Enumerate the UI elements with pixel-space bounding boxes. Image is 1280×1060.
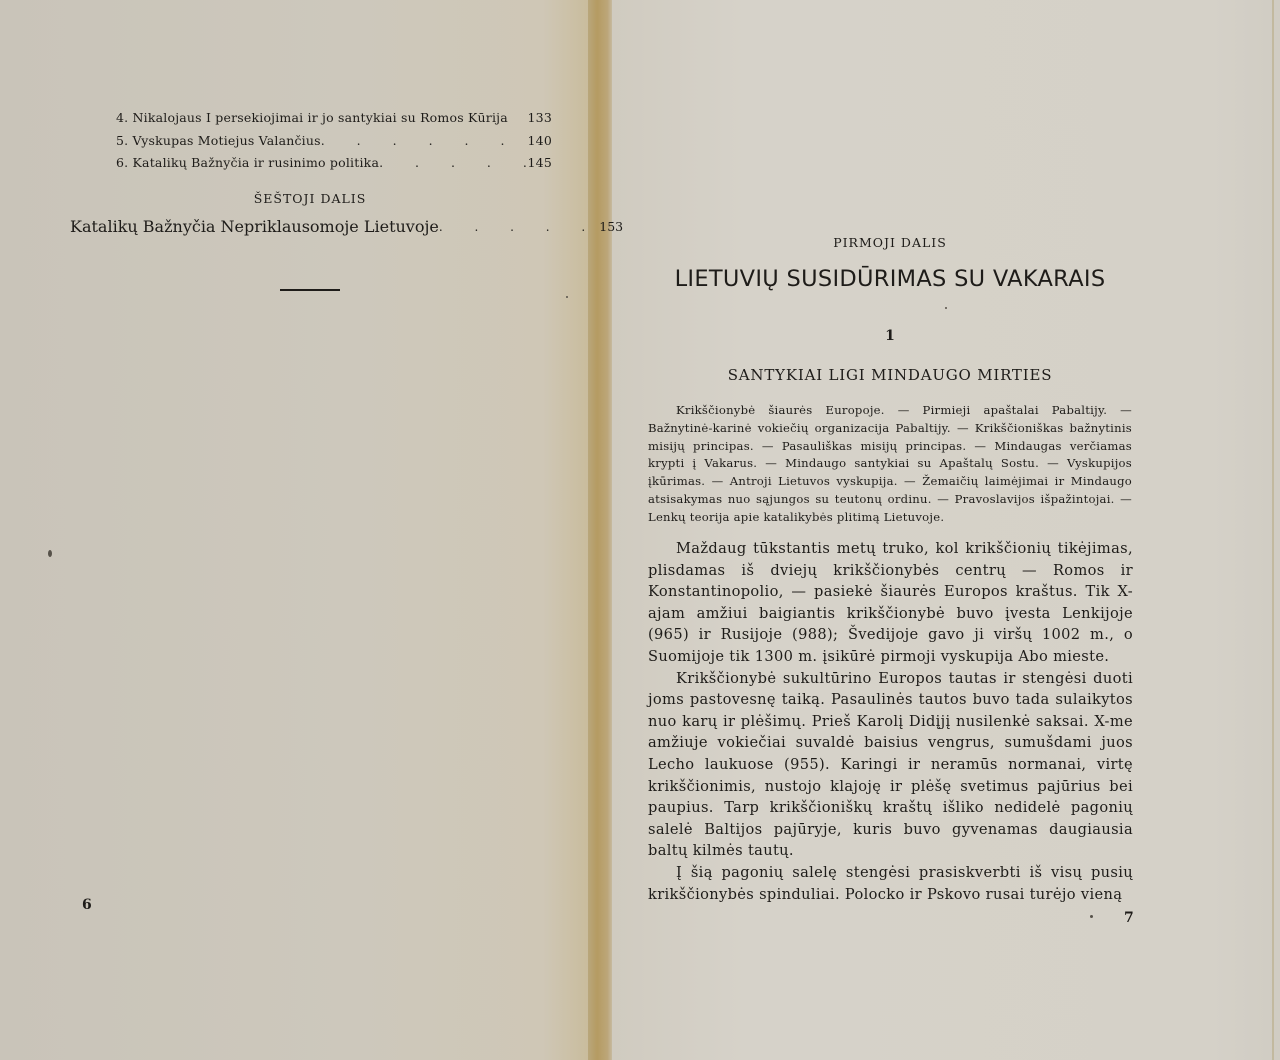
toc-entry-number: 6. bbox=[116, 155, 128, 170]
toc-leaders bbox=[508, 110, 528, 125]
chapter-summary: Krikščionybė šiaurės Europoje. — Pirmiej… bbox=[648, 402, 1132, 527]
chapter-title: SANTYKIAI LIGI MINDAUGO MIRTIES bbox=[640, 366, 1140, 384]
toc-part-heading: ŠEŠTOJI DALIS bbox=[60, 191, 560, 206]
chapter-number: 1 bbox=[640, 328, 1140, 344]
paragraph: Krikščionybė sukultūrino Europos tautas … bbox=[648, 668, 1133, 862]
part-title: LIETUVIŲ SUSIDŪRIMAS SU VAKARAIS bbox=[640, 266, 1140, 292]
toc-entry-title: Nikalojaus I persekiojimai ir jo santyki… bbox=[133, 110, 508, 125]
paragraph: Maždaug tūkstantis metų truko, kol krikš… bbox=[648, 538, 1133, 668]
paragraph: Į šią pagonių salelę stengėsi prasiskver… bbox=[648, 862, 1133, 905]
right-page-number: 7 bbox=[1124, 910, 1134, 926]
page-edge bbox=[1272, 0, 1274, 1060]
toc-part-entry: Katalikų Bažnyčia Nepriklausomoje Lietuv… bbox=[70, 217, 552, 236]
section-end-rule bbox=[280, 289, 340, 291]
toc-page-number: 145 bbox=[528, 155, 552, 170]
body-text: Maždaug tūkstantis metų truko, kol krikš… bbox=[648, 538, 1133, 905]
paper-speck bbox=[566, 296, 568, 298]
toc-leaders: . . . . . bbox=[439, 217, 599, 236]
toc-page-number: 133 bbox=[528, 110, 552, 125]
part-label: PIRMOJI DALIS bbox=[640, 235, 1140, 250]
toc-entry-number: 5. bbox=[116, 133, 128, 148]
toc-part-entry-title: Katalikų Bažnyčia Nepriklausomoje Lietuv… bbox=[70, 217, 439, 236]
toc-entry: 5. Vyskupas Motiejus Valančius . . . . .… bbox=[116, 133, 552, 148]
toc-leaders: . . . . . . bbox=[379, 155, 527, 170]
paper-speck bbox=[945, 307, 947, 309]
toc-leaders: . . . . . . . bbox=[321, 133, 528, 148]
toc-entry-title: Katalikų Bažnyčia ir rusinimo politika bbox=[133, 155, 380, 170]
left-page-number: 6 bbox=[82, 897, 92, 913]
paper-speck bbox=[48, 550, 52, 557]
book-gutter bbox=[588, 0, 614, 1060]
paper-speck bbox=[1090, 915, 1093, 918]
toc-entry: 6. Katalikų Bažnyčia ir rusinimo politik… bbox=[116, 155, 552, 170]
toc-page-number: 153 bbox=[599, 217, 623, 236]
toc-entry-title: Vyskupas Motiejus Valančius bbox=[133, 133, 321, 148]
toc-page-number: 140 bbox=[528, 133, 552, 148]
toc-entry-number: 4. bbox=[116, 110, 128, 125]
toc-entry: 4. Nikalojaus I persekiojimai ir jo sant… bbox=[116, 110, 552, 125]
